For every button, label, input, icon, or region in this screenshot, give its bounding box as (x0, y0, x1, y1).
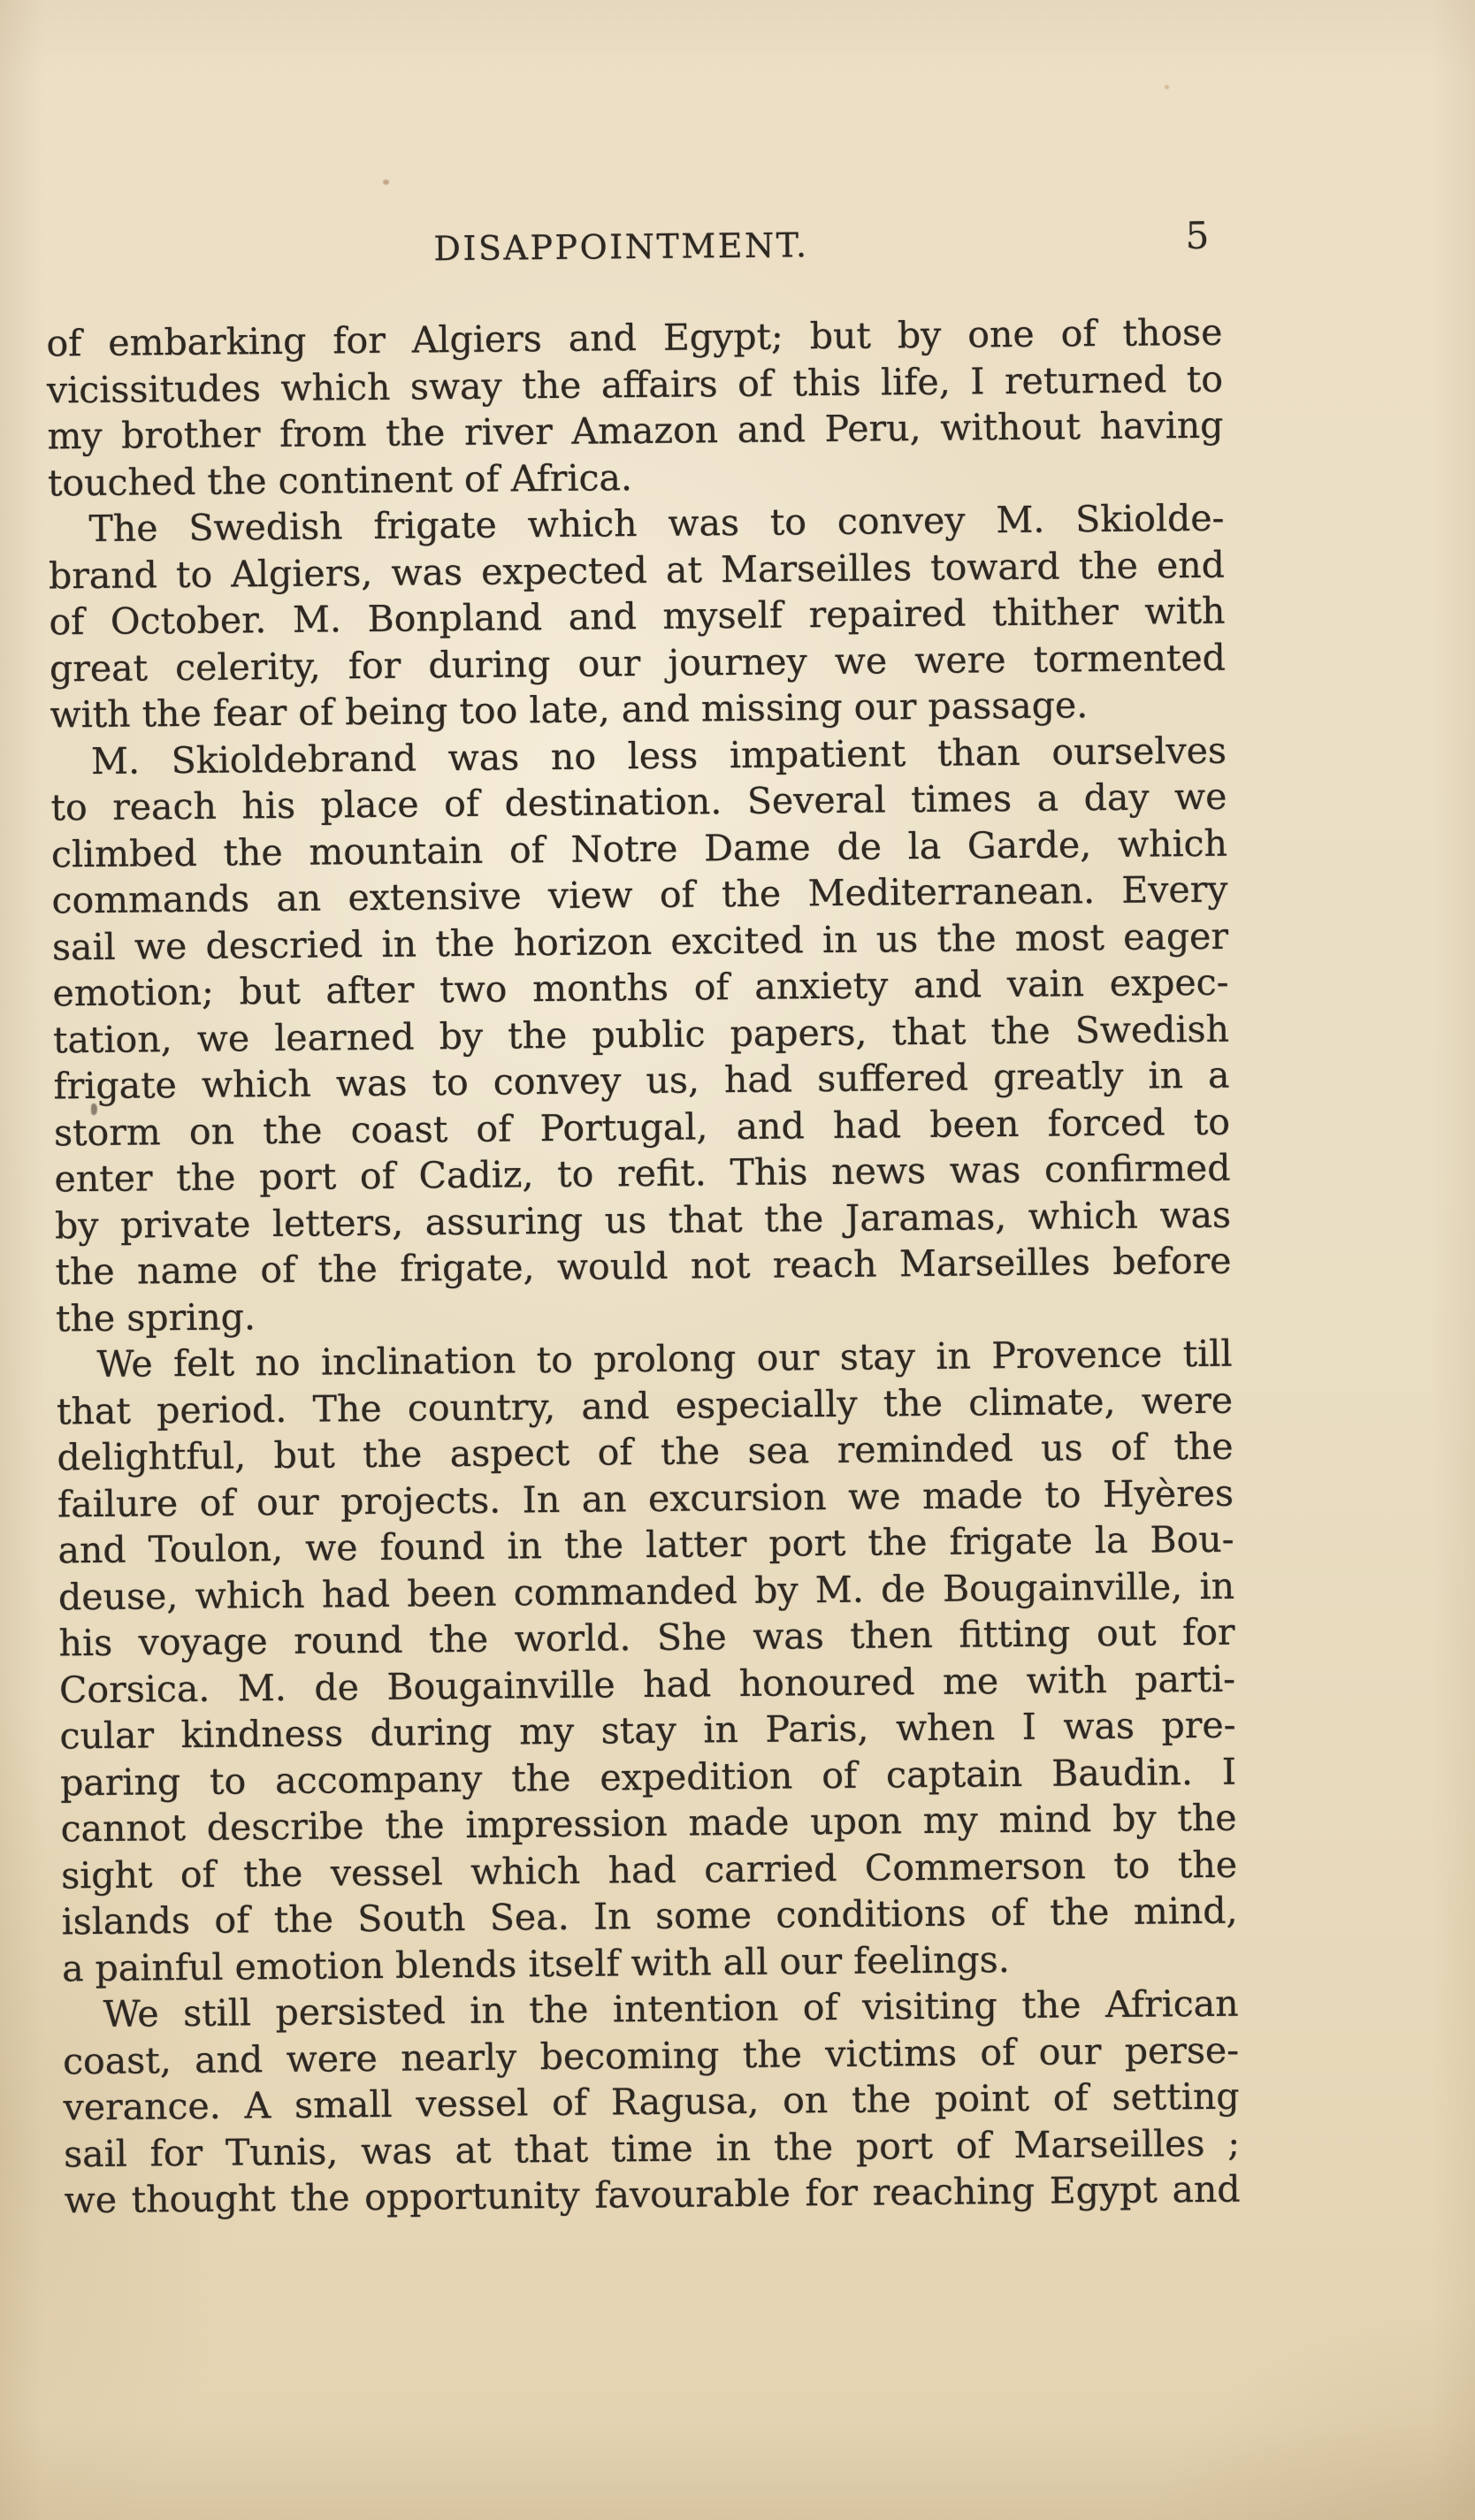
paragraph: of embarking for Algiers and Egypt; but … (46, 309, 1224, 507)
paragraph: The Swedish frigate which was to convey … (48, 495, 1226, 738)
running-title: DISAPPOINTMENT. (433, 225, 809, 269)
scanned-book-page: { "colors": { "paper": "#eadec4", "ink":… (0, 0, 1475, 2520)
running-header: DISAPPOINTMENT. 5 (45, 221, 1221, 273)
page-number: 5 (1185, 216, 1209, 256)
paragraph: M. Skioldebrand was no less impatient th… (50, 727, 1232, 1341)
paragraph: We still persisted in the intention of v… (62, 1981, 1240, 2224)
page-content: DISAPPOINTMENT. 5 of embarking for Algie… (45, 221, 1241, 2224)
paragraph: We felt no inclination to prolong our st… (56, 1331, 1238, 1992)
body-text: of embarking for Algiers and Egypt; but … (46, 309, 1241, 2224)
paper-speck (383, 179, 389, 185)
paper-speck (1165, 85, 1169, 89)
